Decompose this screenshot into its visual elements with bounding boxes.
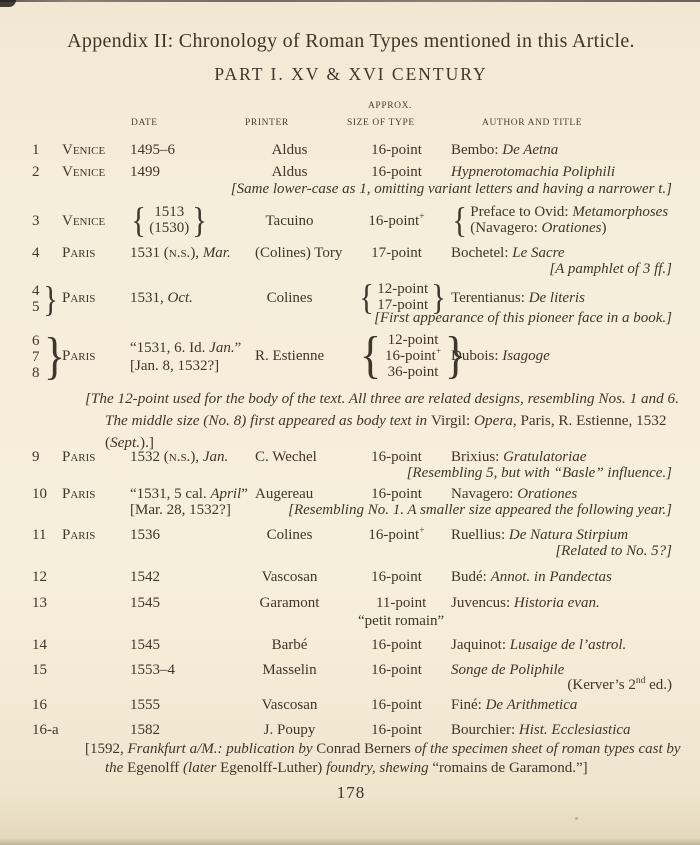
size-number: 16-point: [385, 348, 436, 364]
part-subtitle: PART I. XV & XVI CENTURY: [30, 64, 672, 85]
brace-glyph: {: [360, 333, 381, 380]
row-note: [A pamphlet of 3 ff.]: [30, 261, 672, 278]
row-size: {12-point16-point+36-point}: [358, 332, 435, 380]
row-printer: C. Wechel: [255, 447, 358, 467]
row-number: 14: [30, 635, 62, 655]
row-date: 1536: [130, 525, 255, 545]
author-line: Preface to Ovid: Metamorphoses: [470, 204, 668, 221]
date-month: April: [210, 486, 241, 502]
row-number: 12: [30, 567, 62, 587]
note-italic: (later: [179, 760, 220, 776]
row-printer: Barbé: [255, 635, 358, 655]
brace-glyph: {: [359, 281, 374, 313]
date-ns: n.s.: [169, 449, 191, 465]
row-author: {Preface to Ovid: Metamorphoses(Navagero…: [435, 204, 672, 238]
row-author: Juvencus: Historia evan.: [435, 593, 672, 613]
date-line: [Jan. 8, 1532?]: [130, 357, 241, 375]
column-header-approx: APPROX.: [345, 101, 435, 111]
table-row: 11 Paris 1536 Colines 16-point+ Ruellius…: [30, 525, 672, 545]
row-date: 1495–6: [130, 140, 255, 160]
author-name: Jaquinot:: [451, 637, 510, 653]
date-part: ”: [241, 486, 248, 502]
page-footnote: [1592, Frankfurt a/M.: publication by Co…: [85, 740, 695, 778]
row-size: 16-point+: [358, 211, 435, 231]
work-title: Hist. Ecclesiastica: [519, 722, 631, 738]
row-place: Venice: [62, 162, 130, 182]
close-paren: ): [602, 220, 607, 236]
row-number: 1: [30, 140, 62, 160]
note-roman: “romains de Garamond.”]: [432, 760, 587, 776]
row-second-line: [Mar. 28, 1532?] [Resembling No. 1. A sm…: [30, 502, 672, 519]
scanned-book-page: Appendix II: Chronology of Roman Types m…: [0, 0, 700, 845]
date-month: Mar.: [203, 245, 231, 261]
row-date: “1531, 5 cal. April”: [130, 484, 255, 504]
table-row: 16 1555 Vascosan 16-point Finé: De Arith…: [30, 695, 672, 715]
row-date: 1532 (n.s.), Jan.: [130, 447, 255, 467]
date-ns: n.s.: [169, 245, 191, 261]
row-number: 13: [30, 593, 62, 613]
row-number: 2: [30, 162, 62, 182]
table-row: 3 Venice {1513(1530)} Tacuino 16-point+ …: [30, 199, 672, 243]
table-row: 14 1545 Barbé 16-point Jaquinot: Lusaige…: [30, 635, 672, 655]
size-note: “petit romain”: [358, 612, 444, 630]
author-name: Budé:: [451, 569, 491, 585]
table-row: 13 1545 Garamont 11-point“petit romain” …: [30, 593, 672, 630]
date-part: ),: [190, 449, 203, 465]
author-line: (Navagero: Orationes): [470, 220, 668, 237]
row-author: Jaquinot: Lusaige de l’astrol.: [435, 635, 672, 655]
row-author: Navagero: Orationes: [435, 484, 672, 504]
author-name: Bourchier:: [451, 722, 519, 738]
table-row: 4 Paris 1531 (n.s.), Mar. (Colines) Tory…: [30, 243, 672, 263]
row-number: 16-a: [30, 720, 62, 740]
scan-corner-mark: [0, 0, 16, 7]
note-roman: Egenolff-Luther): [220, 760, 322, 776]
size-value: 12-point: [377, 281, 428, 298]
author-name: (Navagero:: [470, 220, 541, 236]
work-title: Metamorphoses: [572, 204, 668, 220]
column-header-date: DATE: [131, 118, 158, 128]
row-size: 16-point+: [358, 525, 435, 545]
row-note: [Related to No. 5?]: [30, 543, 672, 560]
table-row: 678} Paris “1531, 6. Id. Jan.”[Jan. 8, 1…: [30, 328, 672, 384]
row-size: 17-point: [358, 243, 435, 263]
date-line: 1513: [149, 204, 189, 221]
row-author: Bourchier: Hist. Ecclesiastica: [435, 720, 672, 740]
work-title: Gratulatoriae: [503, 449, 586, 465]
row-size: 16-point: [358, 140, 435, 160]
work-title: Lusaige de l’astrol.: [510, 637, 627, 653]
author-name: Preface to Ovid:: [470, 204, 572, 220]
row-date: 1542: [130, 567, 255, 587]
row-author: Bochetel: Le Sacre: [435, 243, 672, 263]
row-author: Brixius: Gratulatoriae: [435, 447, 672, 467]
row-printer: Vascosan: [255, 695, 358, 715]
row-note: [Same lower-case as 1, omitting variant …: [30, 181, 672, 198]
row-note: [First appearance of this pioneer face i…: [30, 310, 672, 327]
date-part: 1531,: [130, 290, 168, 306]
column-header-printer: PRINTER: [245, 118, 289, 128]
row-number: 11: [30, 525, 62, 545]
size-value: 11-point: [358, 594, 444, 612]
work-title: De Aetna: [502, 142, 558, 158]
work-title: Le Sacre: [512, 245, 564, 261]
row-place: Paris: [62, 346, 130, 366]
row-place: Venice: [62, 211, 130, 231]
date-part: 1531 (: [130, 245, 169, 261]
row-printer: Aldus: [255, 140, 358, 160]
row-number-line: 8: [32, 365, 40, 381]
brace-glyph: {: [452, 204, 467, 236]
row-date: 1582: [130, 720, 255, 740]
row-printer: Colines: [255, 288, 358, 308]
size-value: 16-point: [368, 527, 419, 543]
size-plus: +: [419, 526, 424, 536]
column-header-author: AUTHOR AND TITLE: [482, 118, 582, 128]
work-title: De Natura Stirpium: [509, 527, 628, 543]
date-month: Oct.: [168, 290, 193, 306]
table-row: 10 Paris “1531, 5 cal. April” Augereau 1…: [30, 484, 672, 504]
row-place: Paris: [62, 484, 130, 504]
row-printer: (Colines) Tory: [255, 243, 358, 263]
row-place: Paris: [62, 288, 130, 308]
brace-glyph: }: [431, 281, 446, 313]
work-title: Orationes: [542, 220, 602, 236]
row-printer: Tacuino: [255, 211, 358, 231]
row-date: 1545: [130, 635, 255, 655]
author-name: Terentianus:: [451, 290, 529, 306]
note-roman: [1592,: [85, 741, 128, 757]
row-place: Venice: [62, 140, 130, 160]
work-title: Historia evan.: [514, 595, 600, 611]
column-header-size: SIZE OF TYPE: [347, 118, 415, 128]
note-part: (Kerver’s 2: [567, 677, 635, 693]
row-date: 1555: [130, 695, 255, 715]
size-plus: +: [419, 212, 424, 222]
note-roman: Virgil:: [431, 412, 474, 429]
author-name: Navagero:: [451, 486, 517, 502]
row-number: 3: [30, 211, 62, 231]
date-part: ),: [190, 245, 203, 261]
date-bracket: [Mar. 28, 1532?]: [130, 502, 231, 519]
ordinal-suffix: nd: [636, 676, 646, 686]
row-author: Budé: Annot. in Pandectas: [435, 567, 672, 587]
note-part: ed.): [645, 677, 672, 693]
work-title: De Arithmetica: [486, 697, 578, 713]
paper-speck: [575, 817, 578, 820]
date-part: 1532 (: [130, 449, 169, 465]
row-place: Paris: [62, 525, 130, 545]
row-printer: Colines: [255, 525, 358, 545]
date-month: Jan.: [203, 449, 228, 465]
table-note: [The 12-point used for the body of the t…: [85, 388, 693, 454]
row-date: “1531, 6. Id. Jan.”[Jan. 8, 1532?]: [130, 338, 255, 375]
row-number: 10: [30, 484, 62, 504]
table-row: 9 Paris 1532 (n.s.), Jan. C. Wechel 16-p…: [30, 447, 672, 467]
row-date: 1545: [130, 593, 255, 613]
work-title: De literis: [529, 290, 585, 306]
row-size: 16-point: [358, 484, 435, 504]
row-date: 1531 (n.s.), Mar.: [130, 243, 255, 263]
date-line: “1531, 6. Id. Jan.”: [130, 339, 241, 357]
row-printer: Vascosan: [255, 567, 358, 587]
table-row: 16-a 1582 J. Poupy 16-point Bourchier: H…: [30, 720, 672, 740]
work-title: Isagoge: [502, 348, 550, 364]
author-name: Brixius:: [451, 449, 503, 465]
table-header-row: DATE PRINTER SIZE OF TYPE AUTHOR AND TIT…: [30, 118, 672, 132]
row-printer: Garamont: [255, 593, 358, 613]
note-italic: Frankfurt a/M.: publication by: [128, 741, 317, 757]
row-printer: Augereau: [255, 484, 358, 504]
row-note: (Kerver’s 2nd ed.): [30, 677, 672, 694]
row-size: 16-point: [358, 695, 435, 715]
row-printer: Aldus: [255, 162, 358, 182]
table-row: 2 Venice 1499 Aldus 16-point Hypnerotoma…: [30, 162, 672, 182]
row-number: 4: [30, 243, 62, 263]
row-author: Dubois: Isagoge: [435, 346, 672, 366]
brace-glyph: }: [193, 204, 208, 236]
size-value: 12-point: [385, 332, 441, 348]
row-note: [Resembling 5, but with “Basle” influenc…: [30, 465, 672, 482]
author-name: Ruellius:: [451, 527, 509, 543]
row-size: 16-point: [358, 447, 435, 467]
row-date: 1531, Oct.: [130, 288, 255, 308]
row-size: 16-point: [358, 567, 435, 587]
row-printer: J. Poupy: [255, 720, 358, 740]
row-number-line: 4: [32, 283, 40, 300]
row-author: Bembo: De Aetna: [435, 140, 672, 160]
brace-glyph: }: [445, 333, 466, 380]
row-printer: R. Estienne: [255, 346, 358, 366]
row-size: 16-point: [358, 162, 435, 182]
date-part: “1531, 5 cal.: [130, 486, 210, 502]
work-title: Orationes: [517, 486, 577, 502]
brace-glyph: {: [131, 204, 146, 236]
row-place: Paris: [62, 447, 130, 467]
table-row: 1 Venice 1495–6 Aldus 16-point Bembo: De…: [30, 140, 672, 160]
row-date: {1513(1530)}: [130, 204, 255, 238]
row-number: 9: [30, 447, 62, 467]
author-name: Bochetel:: [451, 245, 512, 261]
page-number: 178: [30, 783, 672, 803]
author-name: Juvencus:: [451, 595, 514, 611]
row-author: Finé: De Arithmetica: [435, 695, 672, 715]
work-title: Songe de Poliphile: [451, 662, 564, 678]
brace-glyph: }: [43, 334, 64, 381]
size-value: 16-point+: [385, 348, 441, 364]
row-place: Paris: [62, 243, 130, 263]
row-author: Terentianus: De literis: [435, 288, 672, 308]
scan-bottom-edge: [0, 838, 700, 845]
row-author: Ruellius: De Natura Stirpium: [435, 525, 672, 545]
row-size: 11-point“petit romain”: [358, 593, 435, 630]
row-number-line: 7: [32, 349, 40, 365]
note-roman: Egenolff: [127, 760, 179, 776]
work-title: Hypnerotomachia Poliphili: [451, 164, 615, 180]
row-size: 16-point: [358, 720, 435, 740]
row-number: 16: [30, 695, 62, 715]
row-note: [Resembling No. 1. A smaller size appear…: [288, 502, 672, 519]
date-line: (1530): [149, 220, 189, 237]
work-title: Annot. in Pandectas: [491, 569, 612, 585]
page-content: Appendix II: Chronology of Roman Types m…: [30, 0, 672, 845]
date-part: “1531, 6. Id.: [130, 340, 209, 356]
note-italic: Opera: [474, 412, 513, 429]
author-name: Finé:: [451, 697, 486, 713]
date-month: Jan.: [209, 340, 234, 356]
table-row: 12 1542 Vascosan 16-point Budé: Annot. i…: [30, 567, 672, 587]
size-value: 36-point: [385, 364, 441, 380]
row-number: 678}: [30, 331, 62, 381]
note-roman: Conrad Berners: [316, 741, 411, 757]
page-title: Appendix II: Chronology of Roman Types m…: [30, 30, 672, 53]
size-value: 16-point: [368, 213, 419, 229]
author-name: Bembo:: [451, 142, 502, 158]
row-author: Hypnerotomachia Poliphili: [435, 162, 672, 182]
row-number-line: 6: [32, 333, 40, 349]
note-italic: foundry, shewing: [322, 760, 432, 776]
row-size: 16-point: [358, 635, 435, 655]
row-date: 1499: [130, 162, 255, 182]
date-part: ”: [235, 340, 242, 356]
